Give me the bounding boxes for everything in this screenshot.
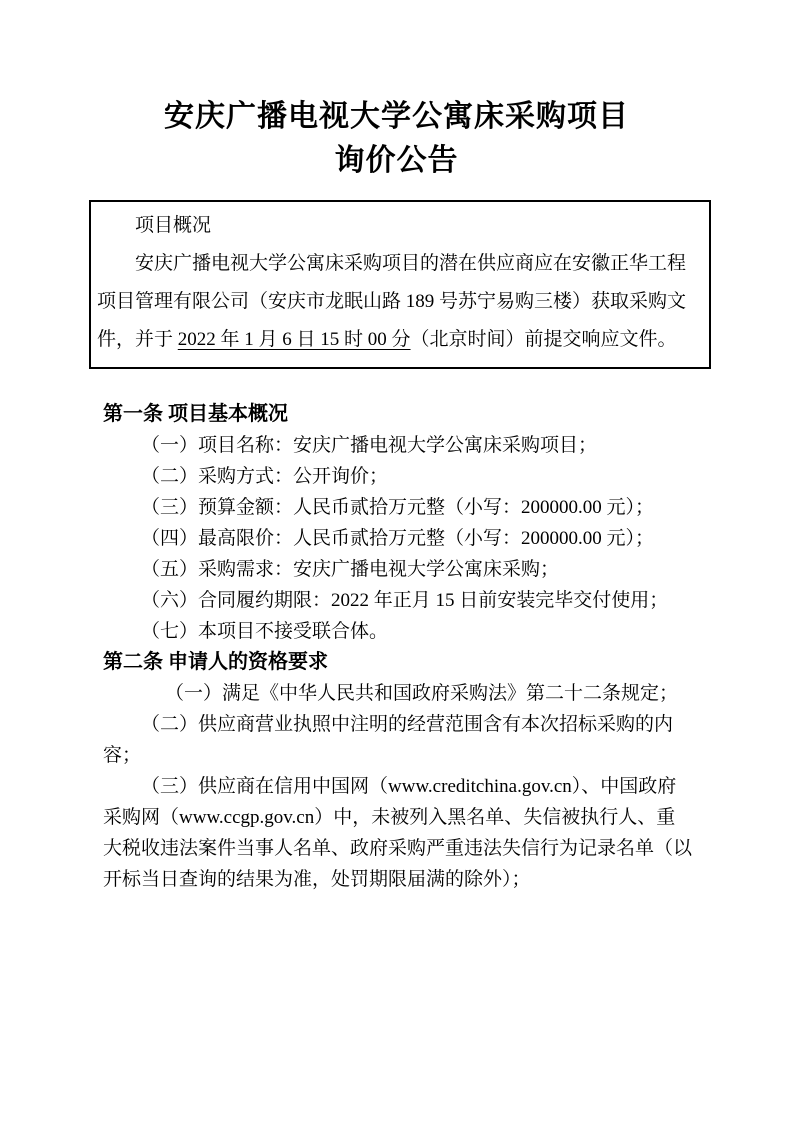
title-line-1: 安庆广播电视大学公寓床采购项目 <box>0 95 793 139</box>
section-2-heading: 第二条 申请人的资格要求 <box>103 647 693 678</box>
document-page: 安庆广播电视大学公寓床采购项目 询价公告 项目概况 安庆广播电视大学公寓床采购项… <box>0 0 793 1122</box>
document-body: 第一条 项目基本概况 （一）项目名称：安庆广播电视大学公寓床采购项目； （二）采… <box>103 399 693 895</box>
section-1-item-6: （六）合同履约期限：2022 年正月 15 日前安装完毕交付使用； <box>103 585 693 616</box>
section-2-item-2: （二）供应商营业执照中注明的经营范围含有本次招标采购的内容； <box>103 709 693 771</box>
section-2-item-1: （一）满足《中华人民共和国政府采购法》第二十二条规定； <box>103 678 693 709</box>
document-title: 安庆广播电视大学公寓床采购项目 询价公告 <box>0 95 793 183</box>
project-overview-box: 项目概况 安庆广播电视大学公寓床采购项目的潜在供应商应在安徽正华工程项目管理有限… <box>89 200 711 369</box>
section-1-item-7: （七）本项目不接受联合体。 <box>103 616 693 647</box>
overview-paragraph: 安庆广播电视大学公寓床采购项目的潜在供应商应在安徽正华工程项目管理有限公司（安庆… <box>97 245 703 359</box>
section-1-item-1: （一）项目名称：安庆广播电视大学公寓床采购项目； <box>103 430 693 461</box>
section-1-item-3: （三）预算金额：人民币贰拾万元整（小写：200000.00 元）； <box>103 492 693 523</box>
section-1-item-5: （五）采购需求：安庆广播电视大学公寓床采购； <box>103 554 693 585</box>
section-1-item-2: （二）采购方式：公开询价； <box>103 461 693 492</box>
overview-text-after-deadline: （北京时间）前提交响应文件。 <box>411 329 677 350</box>
section-2-item-3: （三）供应商在信用中国网（www.creditchina.gov.cn）、中国政… <box>103 771 693 895</box>
title-line-2: 询价公告 <box>0 139 793 183</box>
deadline-underlined-text: 2022 年 1 月 6 日 15 时 00 分 <box>178 329 411 350</box>
section-1-item-4: （四）最高限价：人民币贰拾万元整（小写：200000.00 元）； <box>103 523 693 554</box>
section-1-heading: 第一条 项目基本概况 <box>103 399 693 430</box>
overview-heading: 项目概况 <box>97 207 703 245</box>
